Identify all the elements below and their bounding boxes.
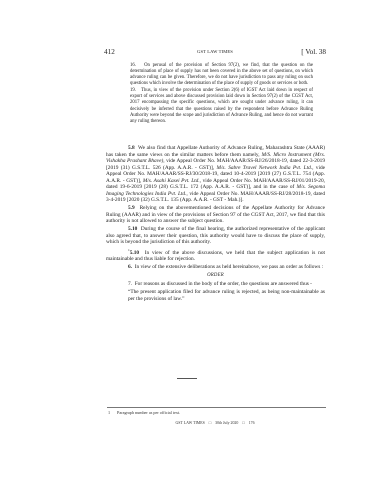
journal-title: GST LAW TIMES (104, 49, 326, 54)
paragraph-number: 19. (130, 88, 136, 93)
document-page: 412 GST LAW TIMES [ Vol. 38 16. On perus… (0, 0, 370, 480)
paragraph-text: For reasons as discussed in the body of … (135, 281, 312, 287)
paragraph-text: In view of the extensive deliberations a… (135, 264, 323, 270)
footnote-text: Paragraph number as per official text. (117, 410, 180, 415)
order-heading: ORDER (106, 273, 325, 280)
quoted-paragraph-16: 16. On perusal of the provision of Secti… (130, 63, 313, 87)
paragraph-5-8: 5.8 We also find that Appellate Authorit… (106, 145, 325, 204)
footer-page-ref: 176 (249, 421, 255, 425)
paragraph-5-10-conclusion: 15.10 In view of the above discussions, … (106, 247, 325, 263)
paragraph-number: 5.9 (128, 205, 135, 211)
main-body: 5.8 We also find that Appellate Authorit… (106, 145, 325, 304)
paragraph-6: 6. In view of the extensive deliberation… (106, 264, 325, 271)
separator-box-icon: □ (242, 420, 244, 425)
paragraph-7: 7. For reasons as discussed in the body … (106, 281, 325, 288)
volume-label: [ Vol. 38 (301, 48, 326, 56)
case-name: M/s. Asahi Kasei Pvt. Ltd. (143, 178, 200, 184)
footer-journal: GST LAW TIMES (175, 421, 204, 425)
running-header: 412 GST LAW TIMES [ Vol. 38 (104, 48, 326, 58)
section-separator (177, 378, 197, 379)
case-name: M/s. Sabre Travel Network India Pvt. Ltd… (217, 165, 313, 171)
paragraph-number: 5.8 (128, 145, 135, 151)
quoted-extract: 16. On perusal of the provision of Secti… (130, 63, 313, 126)
paragraph-text: Thus, in view of the provision under Sec… (130, 88, 313, 123)
separator-box-icon: □ (209, 420, 211, 425)
paragraph-text: On perusal of the provision of Section 9… (130, 63, 313, 86)
paragraph-text: During the course of the final hearing, … (106, 226, 325, 245)
footnote: 1Paragraph number as per official text. (108, 410, 180, 415)
ruling-quote: “The present application filed for advan… (128, 289, 325, 302)
paragraph-number: 16. (130, 63, 136, 68)
paragraph-text: In view of the above discussions, we hel… (106, 250, 325, 263)
footnote-rule (107, 407, 326, 408)
quoted-paragraph-19: 19. Thus, in view of the provision under… (130, 88, 313, 124)
footnote-number: 1 (108, 410, 117, 415)
paragraph-5-9: 5.9 Relying on the abovementioned decisi… (106, 205, 325, 225)
paragraph-number: 5.10 (128, 226, 137, 232)
footer-date: 30th July 2020 (215, 421, 238, 425)
paragraph-number: 5.10 (130, 250, 139, 256)
paragraph-text: Relying on the abovementioned decisions … (106, 205, 325, 224)
paragraph-5-10-hearing: 5.10 During the course of the final hear… (106, 226, 325, 246)
paragraph-number: 6. (128, 264, 132, 270)
paragraph-number: 7. (128, 281, 132, 287)
running-footer: GST LAW TIMES □ 30th July 2020 □ 176 (104, 420, 326, 425)
